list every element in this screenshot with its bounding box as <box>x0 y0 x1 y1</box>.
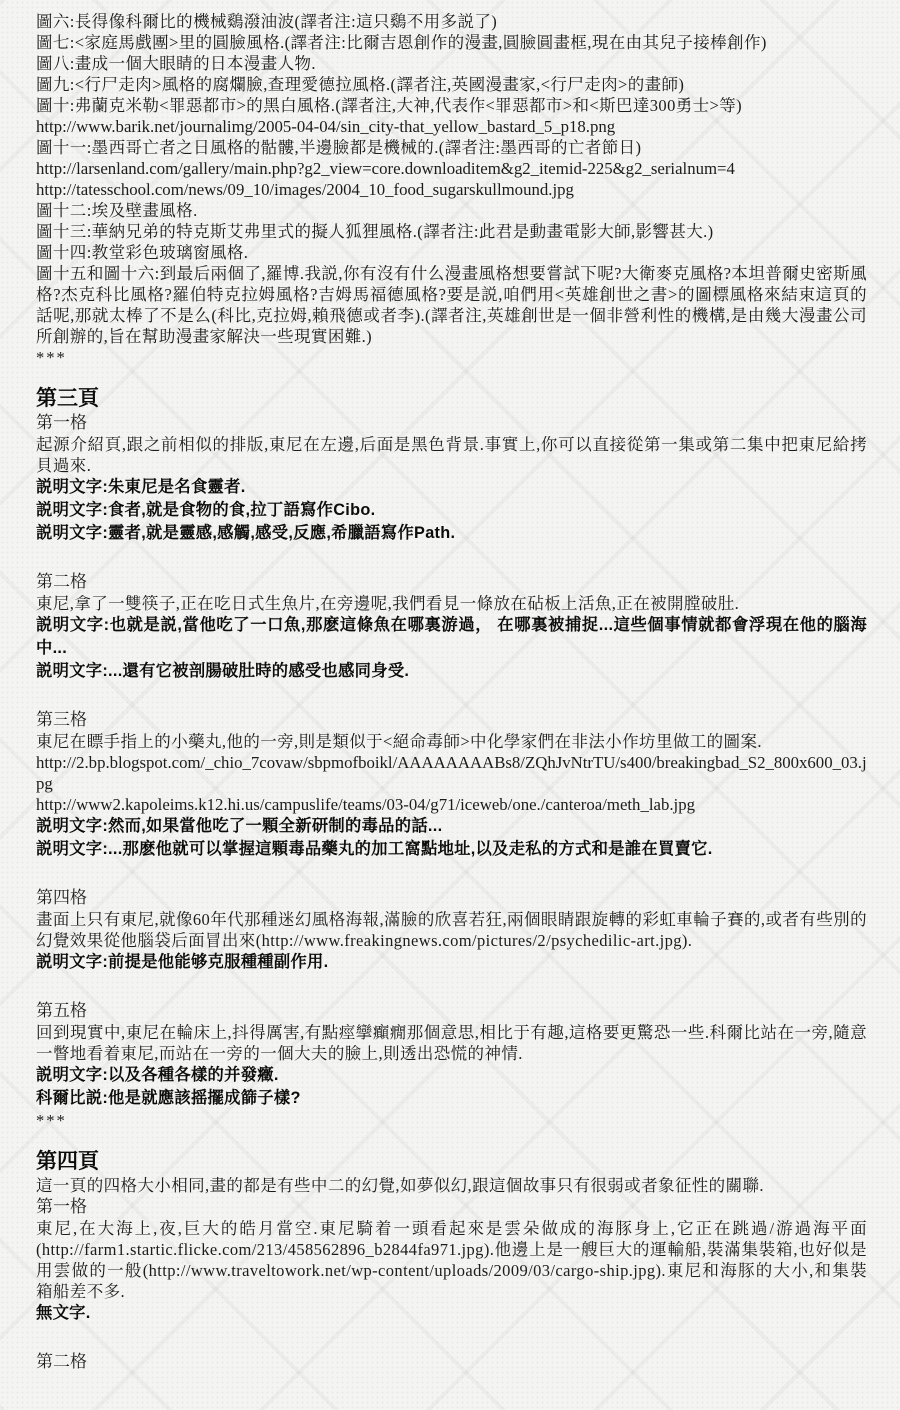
paragraph-bold: 説明文字:食者,就是食物的食,拉丁語寫作Cibo. <box>36 499 867 522</box>
paragraph-bold: 説明文字:...那麽他就可以掌握這顆毒品藥丸的加工窩點地址,以及走私的方式和是誰… <box>36 838 867 861</box>
paragraph-url: http://larsenland.com/gallery/main.php?g… <box>36 158 867 179</box>
paragraph-sub: 第一格 <box>36 1196 867 1218</box>
paragraph-normal: 東尼在瞟手指上的小藥丸,他的一旁,則是類似于<絕命毒師>中化學家們在非法小作坊里… <box>36 731 867 752</box>
paragraph-sub: 第三格 <box>36 709 867 731</box>
paragraph-sub: 第四格 <box>36 887 867 909</box>
paragraph-bold: 説明文字:前提是他能够克服種種副作用. <box>36 951 867 974</box>
paragraph-normal: 圖八:畫成一個大眼睛的日本漫畫人物. <box>36 53 867 74</box>
paragraph-sub: 第二格 <box>36 1351 867 1373</box>
paragraph-bold: 説明文字:然而,如果當他吃了一顆全新研制的毒品的話... <box>36 815 867 838</box>
paragraph-normal: 圖七:<家庭馬戲團>里的圓臉風格.(譯者注:比爾吉恩創作的漫畫,圓臉圓畫框,現在… <box>36 32 867 53</box>
paragraph-gap <box>36 861 867 887</box>
paragraph-bold: 説明文字:以及各種各樣的并發癥. <box>36 1064 867 1087</box>
paragraph-normal: 回到現實中,東尼在輪床上,抖得厲害,有點痙攣癲癇那個意思,相比于有趣,這格要更驚… <box>36 1022 867 1064</box>
paragraph-stars: *** <box>36 1110 867 1131</box>
paragraph-normal: 圖十三:華納兄弟的特克斯艾弗里式的擬人狐狸風格.(譯者注:此君是動畫電影大師,影… <box>36 221 867 242</box>
paragraph-normal: 這一頁的四格大小相同,畫的都是有些中二的幻覺,如夢似幻,跟這個故事只有很弱或者象… <box>36 1175 867 1196</box>
paragraph-url: http://www2.kapoleims.k12.hi.us/campusli… <box>36 794 867 815</box>
paragraph-normal: 東尼,在大海上,夜,巨大的皓月當空.東尼騎着一頭看起來是雲朵做成的海豚身上,它正… <box>36 1218 867 1302</box>
paragraph-stars: *** <box>36 347 867 368</box>
paragraph-normal: 東尼,拿了一雙筷子,正在吃日式生魚片,在旁邊呢,我們看見一條放在砧板上活魚,正在… <box>36 593 867 614</box>
paragraph-gap <box>36 545 867 571</box>
paragraph-bold: 説明文字:也就是説,當他吃了一口魚,那麽這條魚在哪裏游過， 在哪裏被捕捉...這… <box>36 614 867 660</box>
paragraph-sub: 第一格 <box>36 412 867 434</box>
paragraph-normal: 圖十:弗蘭克米勒<罪惡都市>的黑白風格.(譯者注,大神,代表作<罪惡都市>和<斯… <box>36 95 867 116</box>
paragraph-bold: 説明文字:...還有它被剖腸破肚時的感受也感同身受. <box>36 660 867 683</box>
paragraph-heading: 第四頁 <box>36 1147 867 1175</box>
paragraph-normal: 圖六:長得像科爾比的機械鷄潑油波(譯者注:這只鷄不用多説了) <box>36 11 867 32</box>
paragraph-normal: 圖九:<行尸走肉>風格的腐爛臉,查理愛德拉風格.(譯者注,英國漫畫家,<行尸走肉… <box>36 74 867 95</box>
document-text-block: 圖六:長得像科爾比的機械鷄潑油波(譯者注:這只鷄不用多説了)圖七:<家庭馬戲團>… <box>36 11 867 1373</box>
paragraph-url: http://tatesschool.com/news/09_10/images… <box>36 179 867 200</box>
paragraph-normal: 圖十一:墨西哥亡者之日風格的骷髏,半邊臉都是機械的.(譯者注:墨西哥的亡者節日) <box>36 137 867 158</box>
paragraph-url: http://2.bp.blogspot.com/_chio_7covaw/sb… <box>36 752 867 794</box>
scanned-document-page: 圖六:長得像科爾比的機械鷄潑油波(譯者注:這只鷄不用多説了)圖七:<家庭馬戲團>… <box>0 0 900 1410</box>
paragraph-sub: 第五格 <box>36 1000 867 1022</box>
paragraph-normal: 圖十四:教堂彩色玻璃窗風格. <box>36 242 867 263</box>
paragraph-bold: 科爾比説:他是就應該摇擺成篩子樣? <box>36 1087 867 1110</box>
paragraph-heading: 第三頁 <box>36 384 867 412</box>
paragraph-bold: 説明文字:靈者,就是靈感,感觸,感受,反應,希臘語寫作Path. <box>36 522 867 545</box>
paragraph-gap <box>36 683 867 709</box>
paragraph-normal: 畫面上只有東尼,就像60年代那種迷幻風格海報,滿臉的欣喜若狂,兩個眼睛跟旋轉的彩… <box>36 909 867 951</box>
paragraph-normal: 圖十二:埃及壁畫風格. <box>36 200 867 221</box>
paragraph-normal: 圖十五和圖十六:到最后兩個了,羅博.我説,你有沒有什么漫畫風格想要嘗試下呢?大衛… <box>36 263 867 347</box>
paragraph-url: http://www.barik.net/journalimg/2005-04-… <box>36 116 867 137</box>
paragraph-gap <box>36 1325 867 1351</box>
paragraph-bold: 説明文字:朱東尼是名食靈者. <box>36 476 867 499</box>
paragraph-gap <box>36 974 867 1000</box>
paragraph-sub: 第二格 <box>36 571 867 593</box>
paragraph-normal: 起源介紹頁,跟之前相似的排版,東尼在左邊,后面是黑色背景.事實上,你可以直接從第… <box>36 434 867 476</box>
paragraph-bold: 無文字. <box>36 1302 867 1325</box>
